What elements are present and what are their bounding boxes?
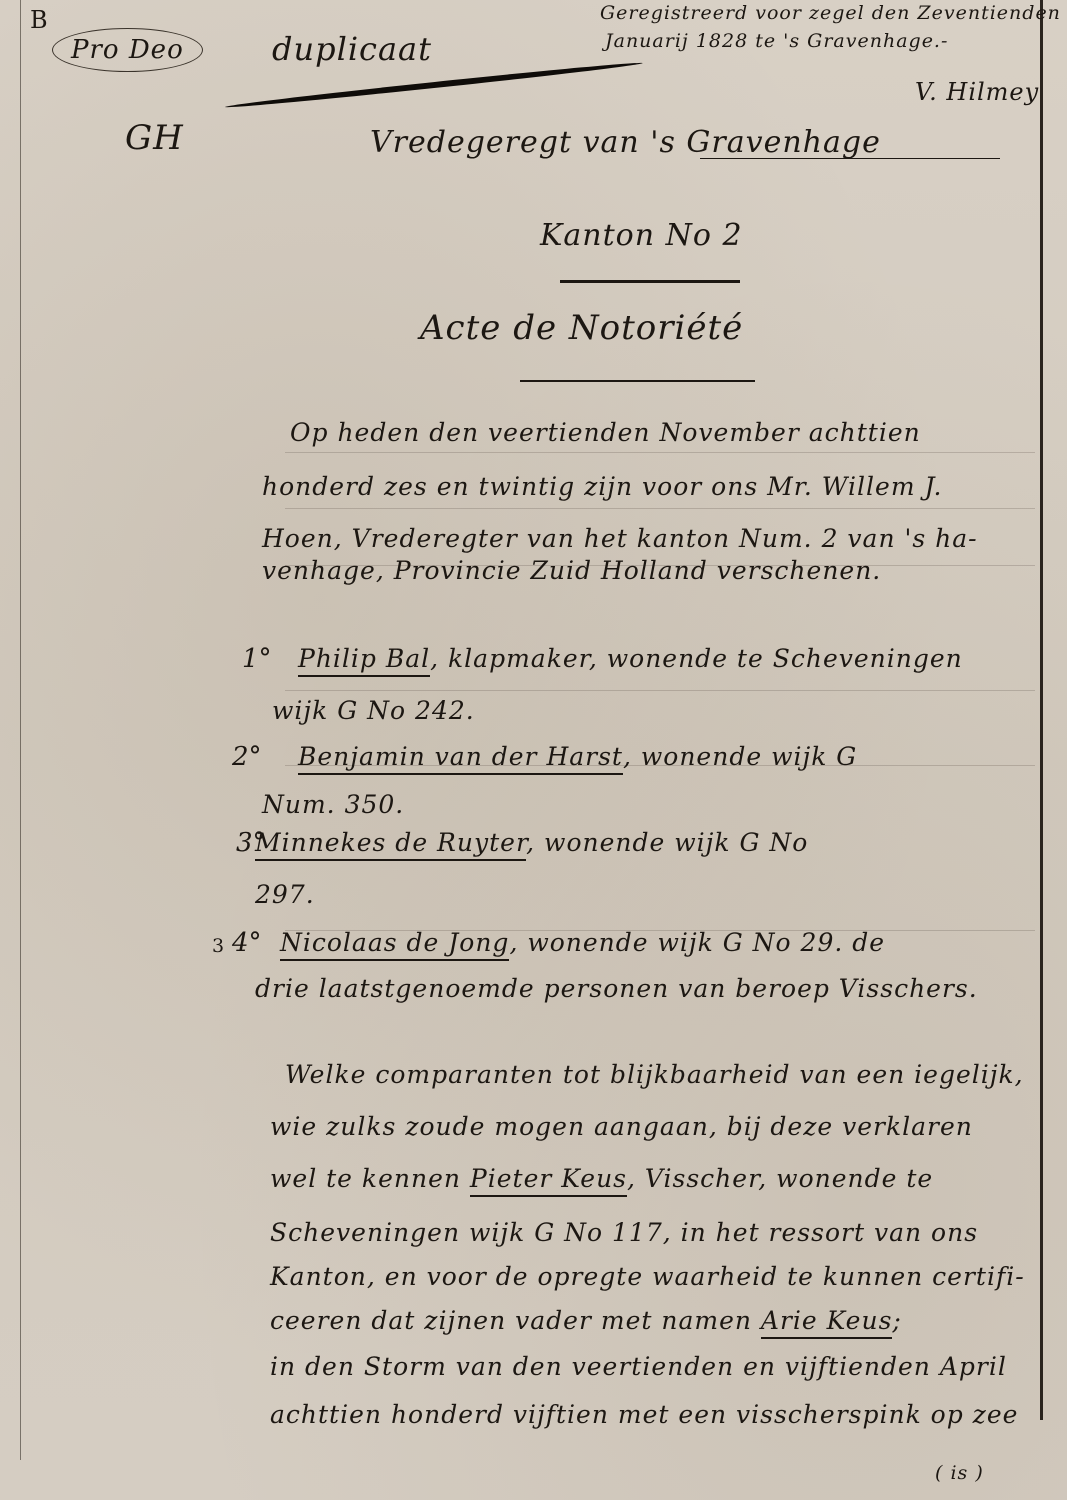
body-line: Welke comparanten tot blijkbaarheid van … [285,1060,1024,1089]
subject-name: Pieter Keus [470,1164,627,1197]
right-border-rule [1040,0,1043,1420]
person-name: Minnekes de Ruyter [255,828,526,861]
ruling-line [285,690,1035,691]
left-margin-rule [20,0,21,1460]
person-entry: Nicolaas de Jong, wonende wijk G No 29. … [280,928,885,957]
person-details: , klapmaker, wonende te Scheveningen [430,644,963,673]
body-line: in den Storm van den veertienden en vijf… [270,1352,1007,1381]
corner-letter: B [30,6,49,34]
title-underline [520,380,755,382]
father-name: Arie Keus [761,1306,892,1339]
person-details: , wonende wijk G [623,742,857,771]
person-details: , wonende wijk G No [526,828,808,857]
person-entry: Minnekes de Ruyter, wonende wijk G No [255,828,808,857]
person-number: 1° [242,644,272,674]
intro-line: Hoen, Vrederegter van het kanton Num. 2 … [262,524,978,553]
margin-mark: 3 [212,935,225,957]
registrar-signature: V. Hilmey [915,78,1039,106]
body-line: Kanton, en voor de opregte waarheid te k… [270,1262,1025,1291]
court-heading: Vredegeregt van 's Gravenhage [370,125,881,160]
person-name: Benjamin van der Harst [298,742,623,775]
intro-line: honderd zes en twintig zijn voor ons Mr.… [262,472,943,501]
person-entry: Philip Bal, klapmaker, wonende te Scheve… [298,644,963,673]
ruling-line [285,508,1035,509]
person-name: Nicolaas de Jong [280,928,509,961]
intro-line: venhage, Provincie Zuid Holland verschen… [262,556,881,585]
body-line: wie zulks zoude mogen aangaan, bij deze … [270,1112,973,1141]
person-address: 297. [255,880,315,909]
person-name: Philip Bal [298,644,430,677]
body-line: Scheveningen wijk G No 117, in het resso… [270,1218,978,1247]
pro-deo-mark: Pro Deo [52,28,203,72]
body-line: ceeren dat zijnen vader met namen Arie K… [270,1306,902,1335]
person-details: , wonende wijk G No 29. de [509,928,885,957]
kanton-heading: Kanton No 2 [540,218,743,253]
person-address: Num. 350. [262,790,404,819]
document-title: Acte de Notoriété [420,308,743,348]
heading-underline [700,158,1000,159]
person-occupation: drie laatstgenoemde personen van beroep … [255,974,978,1003]
registration-line-2: Januarij 1828 te 's Gravenhage.- [605,30,948,52]
person-number: 2° [232,742,262,772]
body-line: achttien honderd vijftien met een vissch… [270,1400,1018,1429]
intro-line: Op heden den veertienden November achtti… [290,418,921,447]
initials-mark: GH [125,118,184,158]
catchword: ( is ) [935,1462,984,1484]
registration-line-1: Geregistreerd voor zegel den Zeventiende… [600,2,1061,24]
person-entry: Benjamin van der Harst, wonende wijk G [298,742,857,771]
body-line: wel te kennen Pieter Keus, Visscher, won… [270,1164,933,1193]
ruling-line [285,452,1035,453]
person-address: wijk G No 242. [272,696,475,725]
double-rule [560,280,740,283]
person-number: 4° [232,928,262,958]
duplicaat-label: duplicaat [272,30,432,68]
